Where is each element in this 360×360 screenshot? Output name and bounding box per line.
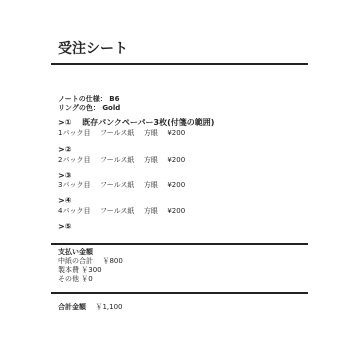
payment-divider	[51, 243, 308, 245]
item-marker: >⑤	[58, 222, 71, 231]
ring-color-label: リングの色：	[58, 104, 100, 112]
note-spec-value: B6	[109, 95, 119, 103]
item-pack: 3パック目	[58, 181, 90, 189]
payment-label: 製本費	[58, 266, 79, 274]
item-price: ¥200	[167, 207, 185, 215]
ring-color-value: Gold	[102, 104, 120, 112]
total-row: 合計金額 ￥1,100	[58, 303, 123, 312]
item-pack: 2パック目	[58, 156, 90, 164]
total-value: ￥1,100	[95, 303, 122, 311]
item-pack: 4パック目	[58, 207, 90, 215]
item-4-detail: 4パック目 フールス紙 方眼 ¥200	[58, 207, 185, 216]
item-2-heading: >②	[58, 145, 71, 155]
item-price: ¥200	[167, 129, 185, 137]
payment-row-other: その他 ￥0	[58, 275, 93, 284]
page-title: 受注シート	[58, 38, 128, 58]
item-ruling: 方眼	[144, 156, 158, 164]
item-5-heading: >⑤	[58, 222, 71, 232]
item-marker: >①	[58, 118, 71, 127]
item-ruling: 方眼	[144, 129, 158, 137]
payment-value: ￥0	[81, 275, 92, 283]
title-divider	[51, 63, 308, 65]
note-spec-row: ノートの仕様： B6	[58, 95, 119, 104]
payment-value: ￥800	[102, 257, 122, 265]
item-paper: フールス紙	[100, 181, 134, 189]
item-pack: 1パック目	[58, 129, 90, 137]
item-1-heading: >① 既存パンクペーパー3枚(付箋の範囲)	[58, 118, 214, 128]
item-marker: >④	[58, 196, 71, 205]
item-paper: フールス紙	[100, 156, 134, 164]
item-paper: フールス紙	[100, 129, 134, 137]
item-ruling: 方眼	[144, 181, 158, 189]
payment-value: ￥300	[81, 266, 101, 274]
note-spec-label: ノートの仕様：	[58, 95, 107, 103]
payment-label: その他	[58, 275, 79, 283]
order-sheet: 受注シート ノートの仕様： B6 リングの色： Gold >① 既存パンクペーパ…	[0, 0, 360, 360]
item-heading-text: 既存パンクペーパー3枚(付箋の範囲)	[82, 118, 214, 127]
total-divider	[51, 292, 308, 294]
item-marker: >③	[58, 171, 71, 180]
item-price: ¥200	[167, 156, 185, 164]
item-3-heading: >③	[58, 171, 71, 181]
total-label: 合計金額	[58, 303, 86, 311]
item-ruling: 方眼	[144, 207, 158, 215]
payment-heading: 支払い金額	[58, 248, 93, 257]
payment-row-binding-fee: 製本費 ￥300	[58, 266, 102, 275]
item-1-detail: 1パック目 フールス紙 方眼 ¥200	[58, 129, 185, 138]
ring-color-row: リングの色： Gold	[58, 104, 120, 113]
payment-label: 中紙の合計	[58, 257, 93, 265]
item-marker: >②	[58, 145, 71, 154]
item-price: ¥200	[167, 181, 185, 189]
item-2-detail: 2パック目 フールス紙 方眼 ¥200	[58, 156, 185, 165]
item-paper: フールス紙	[100, 207, 134, 215]
item-4-heading: >④	[58, 196, 71, 206]
item-3-detail: 3パック目 フールス紙 方眼 ¥200	[58, 181, 185, 190]
payment-row-paper-total: 中紙の合計 ￥800	[58, 257, 123, 266]
